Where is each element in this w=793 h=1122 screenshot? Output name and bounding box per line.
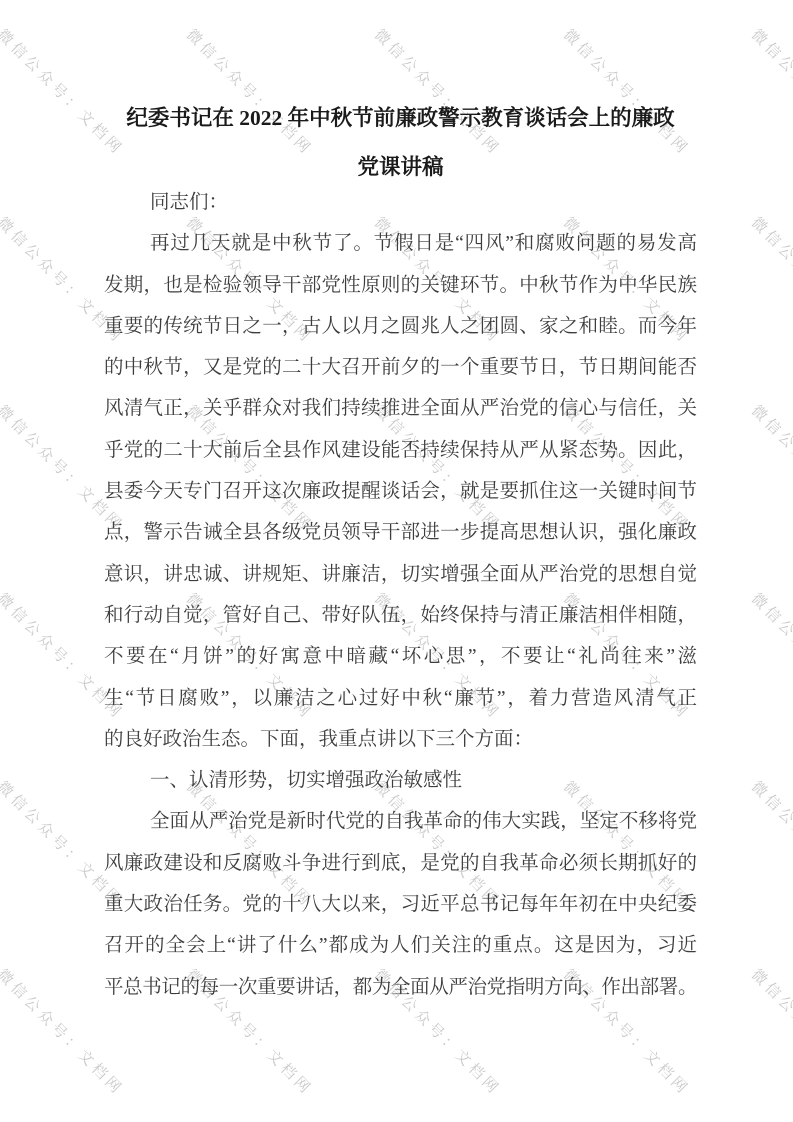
watermark: 微信公众号：文档网 [747, 776, 793, 912]
text-line: 再过几天就是中秋节了。节假日是“四风”和腐败问题的易发高 [104, 223, 697, 264]
watermark: 微信公众号：文档网 [747, 24, 793, 160]
watermark: 微信公众号：文档网 [747, 588, 793, 724]
section-heading-1: 一、认清形势，切实增强政治敏感性 [104, 760, 697, 801]
document-page: 微信公众号：文档网微信公众号：文档网微信公众号：文档网微信公众号：文档网微信公众… [0, 0, 793, 1122]
paragraph-section-1: 全面从严治党是新时代党的自我革命的伟大实践，坚定不移将党风廉政建设和反腐败斗争进… [104, 801, 697, 1007]
watermark: 微信公众号：文档网 [747, 964, 793, 1100]
text-line: 重要的传统节日之一，古人以月之圆兆人之团圆、家之和睦。而今年 [104, 306, 697, 347]
watermark: 微信公众号：文档网 [747, 212, 793, 348]
text-line: 的中秋节，又是党的二十大召开前夕的一个重要节日，节日期间能否 [104, 347, 697, 388]
title-line-1: 纪委书记在 2022 年中秋节前廉政警示教育谈话会上的廉政 [104, 94, 697, 143]
text-line: 的良好政治生态。下面，我重点讲以下三个方面： [104, 719, 697, 760]
watermark: 微信公众号：文档网 [747, 400, 793, 536]
text-line: 风廉政建设和反腐败斗争进行到底，是党的自我革命必须长期抓好的 [104, 843, 697, 884]
text-line: 乎党的二十大前后全县作风建设能否持续保持从严从紧态势。因此， [104, 430, 697, 471]
text-line: 重大政治任务。党的十八大以来，习近平总书记每年年初在中央纪委 [104, 884, 697, 925]
paragraph-intro: 再过几天就是中秋节了。节假日是“四风”和腐败问题的易发高发期，也是检验领导干部党… [104, 223, 697, 760]
text-line: 意识，讲忠诚、讲规矩、讲廉洁，切实增强全面从严治党的思想自觉 [104, 554, 697, 595]
text-line: 平总书记的每一次重要讲话，都为全面从严治党指明方向、作出部署。 [104, 967, 697, 1008]
document-body: 同志们：再过几天就是中秋节了。节假日是“四风”和腐败问题的易发高发期，也是检验领… [104, 182, 697, 1008]
text-line: 一、认清形势，切实增强政治敏感性 [104, 760, 697, 801]
text-line: 生“节日腐败”，以廉洁之心过好中秋“廉节”，着力营造风清气正 [104, 678, 697, 719]
text-line: 不要在“月饼”的好寓意中暗藏“坏心思”，不要让“礼尚往来”滋 [104, 636, 697, 677]
salutation: 同志们： [104, 182, 697, 223]
text-line: 县委今天专门召开这次廉政提醒谈话会，就是要抓住这一关键时间节 [104, 471, 697, 512]
text-line: 点，警示告诫全县各级党员领导干部进一步提高思想认识，强化廉政 [104, 512, 697, 553]
text-line: 同志们： [104, 182, 697, 223]
document-title: 纪委书记在 2022 年中秋节前廉政警示教育谈话会上的廉政 党课讲稿 [104, 94, 697, 191]
text-line: 召开的全会上“讲了什么”都成为人们关注的重点。这是因为，习近 [104, 925, 697, 966]
text-line: 发期，也是检验领导干部党性原则的关键环节。中秋节作为中华民族 [104, 265, 697, 306]
text-line: 风清气正，关乎群众对我们持续推进全面从严治党的信心与信任，关 [104, 388, 697, 429]
text-line: 全面从严治党是新时代党的自我革命的伟大实践，坚定不移将党 [104, 801, 697, 842]
text-line: 和行动自觉，管好自己、带好队伍，始终保持与清正廉洁相伴相随， [104, 595, 697, 636]
